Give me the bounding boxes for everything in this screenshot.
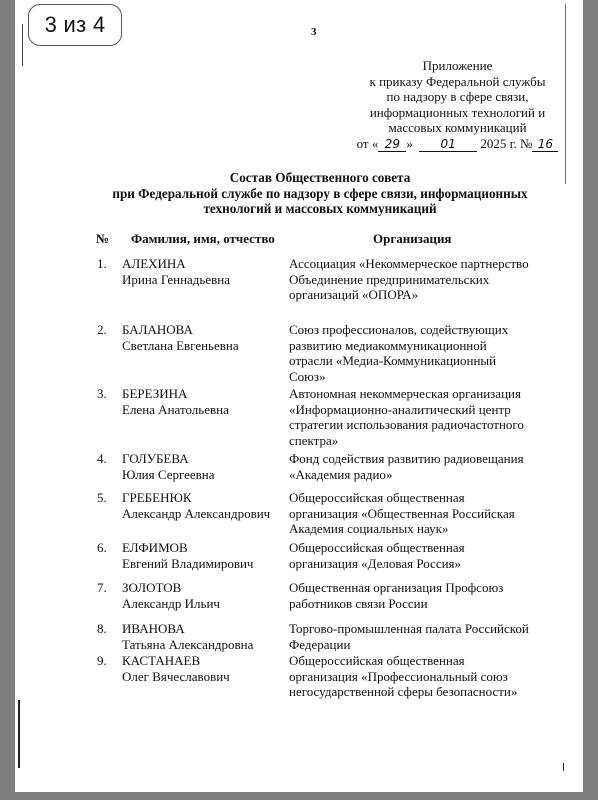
- row-number: 8.: [97, 621, 107, 637]
- member-surname: БАЛАНОВА: [122, 322, 282, 338]
- row-number: 7.: [97, 580, 107, 596]
- member-given-names: Евгений Владимирович: [122, 556, 253, 571]
- member-organization: Торгово-промышленная палата Российской Ф…: [289, 621, 529, 652]
- title-line: технологий и массовых коммуникаций: [80, 201, 560, 217]
- member-name: АЛЕХИНАИрина Геннадьевна: [122, 256, 282, 287]
- member-given-names: Ирина Геннадьевна: [122, 272, 230, 287]
- header-org: Организация: [373, 231, 451, 247]
- member-name: ГРЕБЕНЮКАлександр Александрович: [122, 490, 282, 521]
- page-counter-badge: 3 из 4: [28, 4, 122, 46]
- member-organization: Общероссийская общественная организация …: [289, 490, 529, 537]
- appendix-line: к приказу Федеральной службы: [340, 74, 575, 90]
- member-organization: Ассоциация «Некоммерческое партнерство О…: [289, 256, 529, 303]
- member-organization: Автономная некоммерческая организация «И…: [289, 386, 529, 448]
- handwritten-month: 01: [419, 138, 477, 152]
- member-name: БЕРЕЗИНАЕлена Анатольевна: [122, 386, 282, 417]
- header-num: №: [96, 231, 109, 247]
- title-line: при Федеральной службе по надзору в сфер…: [80, 186, 560, 202]
- member-name: ИВАНОВАТатьяна Александровна: [122, 621, 282, 652]
- member-given-names: Юлия Сергеевна: [122, 467, 215, 482]
- member-name: ЗОЛОТОВАлександр Ильич: [122, 580, 282, 611]
- member-surname: ЗОЛОТОВ: [122, 580, 282, 596]
- appendix-header: Приложение к приказу Федеральной службы …: [340, 58, 575, 152]
- member-surname: АЛЕХИНА: [122, 256, 282, 272]
- document-title: Состав Общественного совета при Федераль…: [80, 170, 560, 217]
- member-surname: ИВАНОВА: [122, 621, 282, 637]
- member-name: КАСТАНАЕВОлег Вячеславович: [122, 653, 282, 684]
- member-organization: Общественная организация Профсоюз работн…: [289, 580, 529, 611]
- row-number: 6.: [97, 540, 107, 556]
- member-name: ГОЛУБЕВАЮлия Сергеевна: [122, 451, 282, 482]
- member-surname: БЕРЕЗИНА: [122, 386, 282, 402]
- appendix-line: информационных технологий и: [340, 105, 575, 121]
- member-organization: Общероссийская общественная организация …: [289, 653, 529, 700]
- handwritten-day: 29: [378, 138, 406, 152]
- appendix-line: массовых коммуникаций: [340, 120, 575, 136]
- row-number: 4.: [97, 451, 107, 467]
- member-given-names: Олег Вячеславович: [122, 669, 230, 684]
- date-mid: »: [406, 136, 413, 151]
- scan-artifact-line: [18, 700, 20, 768]
- row-number: 3.: [97, 386, 107, 402]
- header-name: Фамилия, имя, отчество: [131, 231, 275, 247]
- appendix-line: Приложение: [340, 58, 575, 74]
- scan-artifact-tick: [563, 763, 564, 771]
- member-given-names: Александр Александрович: [122, 506, 270, 521]
- page-number: 3: [311, 26, 317, 38]
- member-surname: ГОЛУБЕВА: [122, 451, 282, 467]
- row-number: 1.: [97, 256, 107, 272]
- date-prefix: от «: [357, 136, 379, 151]
- member-given-names: Светлана Евгеньевна: [122, 338, 239, 353]
- member-surname: КАСТАНАЕВ: [122, 653, 282, 669]
- member-organization: Союз профессионалов, содействующих разви…: [289, 322, 529, 384]
- row-number: 5.: [97, 490, 107, 506]
- member-surname: ГРЕБЕНЮК: [122, 490, 282, 506]
- handwritten-order-number: 16: [532, 138, 558, 152]
- year-text: 2025 г. №: [480, 136, 532, 151]
- order-dateline: от «29» 01 2025 г. №16: [340, 136, 575, 152]
- member-organization: Общероссийская общественная организация …: [289, 540, 529, 571]
- member-name: БАЛАНОВАСветлана Евгеньевна: [122, 322, 282, 353]
- member-given-names: Александр Ильич: [122, 596, 220, 611]
- scan-artifact-line: [22, 24, 23, 66]
- member-organization: Фонд содействия развитию радиовещания «А…: [289, 451, 529, 482]
- member-surname: ЕЛФИМОВ: [122, 540, 282, 556]
- member-given-names: Татьяна Александровна: [122, 637, 253, 652]
- row-number: 2.: [97, 322, 107, 338]
- title-line: Состав Общественного совета: [80, 170, 560, 186]
- member-name: ЕЛФИМОВЕвгений Владимирович: [122, 540, 282, 571]
- member-given-names: Елена Анатольевна: [122, 402, 229, 417]
- row-number: 9.: [97, 653, 107, 669]
- appendix-line: по надзору в сфере связи,: [340, 89, 575, 105]
